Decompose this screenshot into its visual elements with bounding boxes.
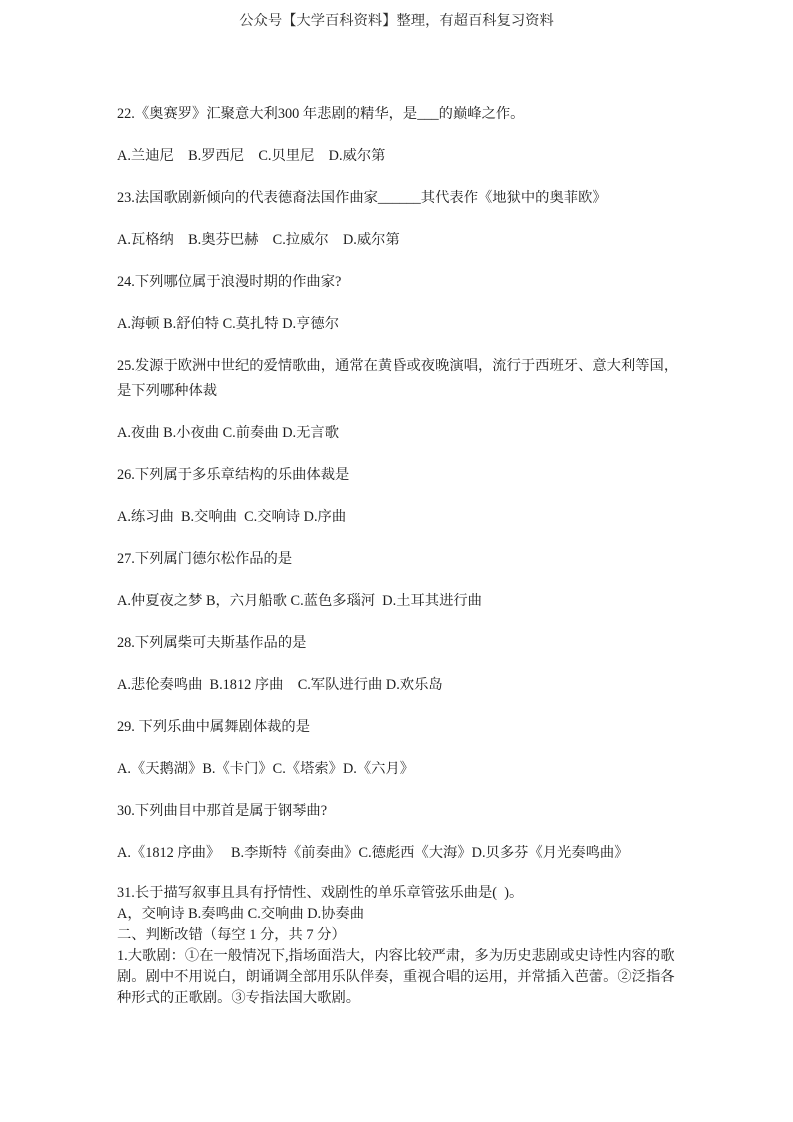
document-page: 公众号【大学百科资料】整理，有超百科复习资料 22.《奥赛罗》汇聚意大利300 …	[0, 0, 793, 1122]
question-23: 23.法国歌剧新倾向的代表德裔法国作曲家______其代表作《地狱中的奥菲欧》 …	[117, 186, 683, 253]
question-30-options: A.《1812 序曲》 B.李斯特《前奏曲》C.德彪西《大海》D.贝多芬《月光奏…	[117, 841, 683, 866]
question-29: 29. 下列乐曲中属舞剧体裁的是 A.《天鹅湖》B.《卡门》C.《塔索》D.《六…	[117, 715, 683, 782]
question-24-options: A.海顿 B.舒伯特 C.莫扎特 D.亨德尔	[117, 312, 683, 337]
question-31-options: A，交响诗 B.奏鸣曲 C.交响曲 D.协奏曲	[117, 904, 683, 925]
question-28-options: A.悲伦奏鸣曲 B.1812 序曲 C.军队进行曲 D.欢乐岛	[117, 673, 683, 698]
question-30-text: 30.下列曲目中那首是属于钢琴曲?	[117, 799, 683, 824]
question-25: 25.发源于欧洲中世纪的爱情歌曲，通常在黄昏或夜晚演唱，流行于西班牙、意大利等国…	[117, 354, 683, 446]
question-24: 24.下列哪位属于浪漫时期的作曲家? A.海顿 B.舒伯特 C.莫扎特 D.亨德…	[117, 270, 683, 337]
question-22-options: A.兰迪尼 B.罗西尼 C.贝里尼 D.威尔第	[117, 144, 683, 169]
question-27: 27.下列属门德尔松作品的是 A.仲夏夜之梦 B，六月船歌 C.蓝色多瑙河 D.…	[117, 547, 683, 614]
question-23-options: A.瓦格纳 B.奥芬巴赫 C.拉威尔 D.威尔第	[117, 228, 683, 253]
question-27-options: A.仲夏夜之梦 B，六月船歌 C.蓝色多瑙河 D.土耳其进行曲	[117, 589, 683, 614]
section-two-item-1: 1.大歌剧：①在一般情况下,指场面浩大，内容比较严肃，多为历史悲剧或史诗性内容的…	[117, 946, 683, 1009]
question-28-text: 28.下列属柴可夫斯基作品的是	[117, 631, 683, 656]
section-two-heading: 二、判断改错（每空 1 分，共 7 分）	[117, 925, 683, 946]
question-30: 30.下列曲目中那首是属于钢琴曲? A.《1812 序曲》 B.李斯特《前奏曲》…	[117, 799, 683, 866]
question-27-text: 27.下列属门德尔松作品的是	[117, 547, 683, 572]
question-22: 22.《奥赛罗》汇聚意大利300 年悲剧的精华，是___的巅峰之作。 A.兰迪尼…	[117, 102, 683, 169]
question-29-text: 29. 下列乐曲中属舞剧体裁的是	[117, 715, 683, 740]
question-28: 28.下列属柴可夫斯基作品的是 A.悲伦奏鸣曲 B.1812 序曲 C.军队进行…	[117, 631, 683, 698]
question-24-text: 24.下列哪位属于浪漫时期的作曲家?	[117, 270, 683, 295]
question-29-options: A.《天鹅湖》B.《卡门》C.《塔索》D.《六月》	[117, 757, 683, 782]
question-26-options: A.练习曲 B.交响曲 C.交响诗 D.序曲	[117, 505, 683, 530]
question-25-options: A.夜曲 B.小夜曲 C.前奏曲 D.无言歌	[117, 421, 683, 446]
question-26: 26.下列属于多乐章结构的乐曲体裁是 A.练习曲 B.交响曲 C.交响诗 D.序…	[117, 463, 683, 530]
page-header: 公众号【大学百科资料】整理，有超百科复习资料	[0, 0, 793, 30]
document-body: 22.《奥赛罗》汇聚意大利300 年悲剧的精华，是___的巅峰之作。 A.兰迪尼…	[0, 30, 793, 1009]
question-26-text: 26.下列属于多乐章结构的乐曲体裁是	[117, 463, 683, 488]
question-22-text: 22.《奥赛罗》汇聚意大利300 年悲剧的精华，是___的巅峰之作。	[117, 102, 683, 127]
question-23-text: 23.法国歌剧新倾向的代表德裔法国作曲家______其代表作《地狱中的奥菲欧》	[117, 186, 683, 211]
question-25-text: 25.发源于欧洲中世纪的爱情歌曲，通常在黄昏或夜晚演唱，流行于西班牙、意大利等国…	[117, 354, 683, 404]
page-header-text: 公众号【大学百科资料】整理，有超百科复习资料	[239, 13, 554, 29]
question-31-text: 31.长于描写叙事且具有抒情性、戏剧性的单乐章管弦乐曲是( )。	[117, 883, 683, 904]
question-31-and-section-two: 31.长于描写叙事且具有抒情性、戏剧性的单乐章管弦乐曲是( )。 A，交响诗 B…	[117, 883, 683, 1009]
